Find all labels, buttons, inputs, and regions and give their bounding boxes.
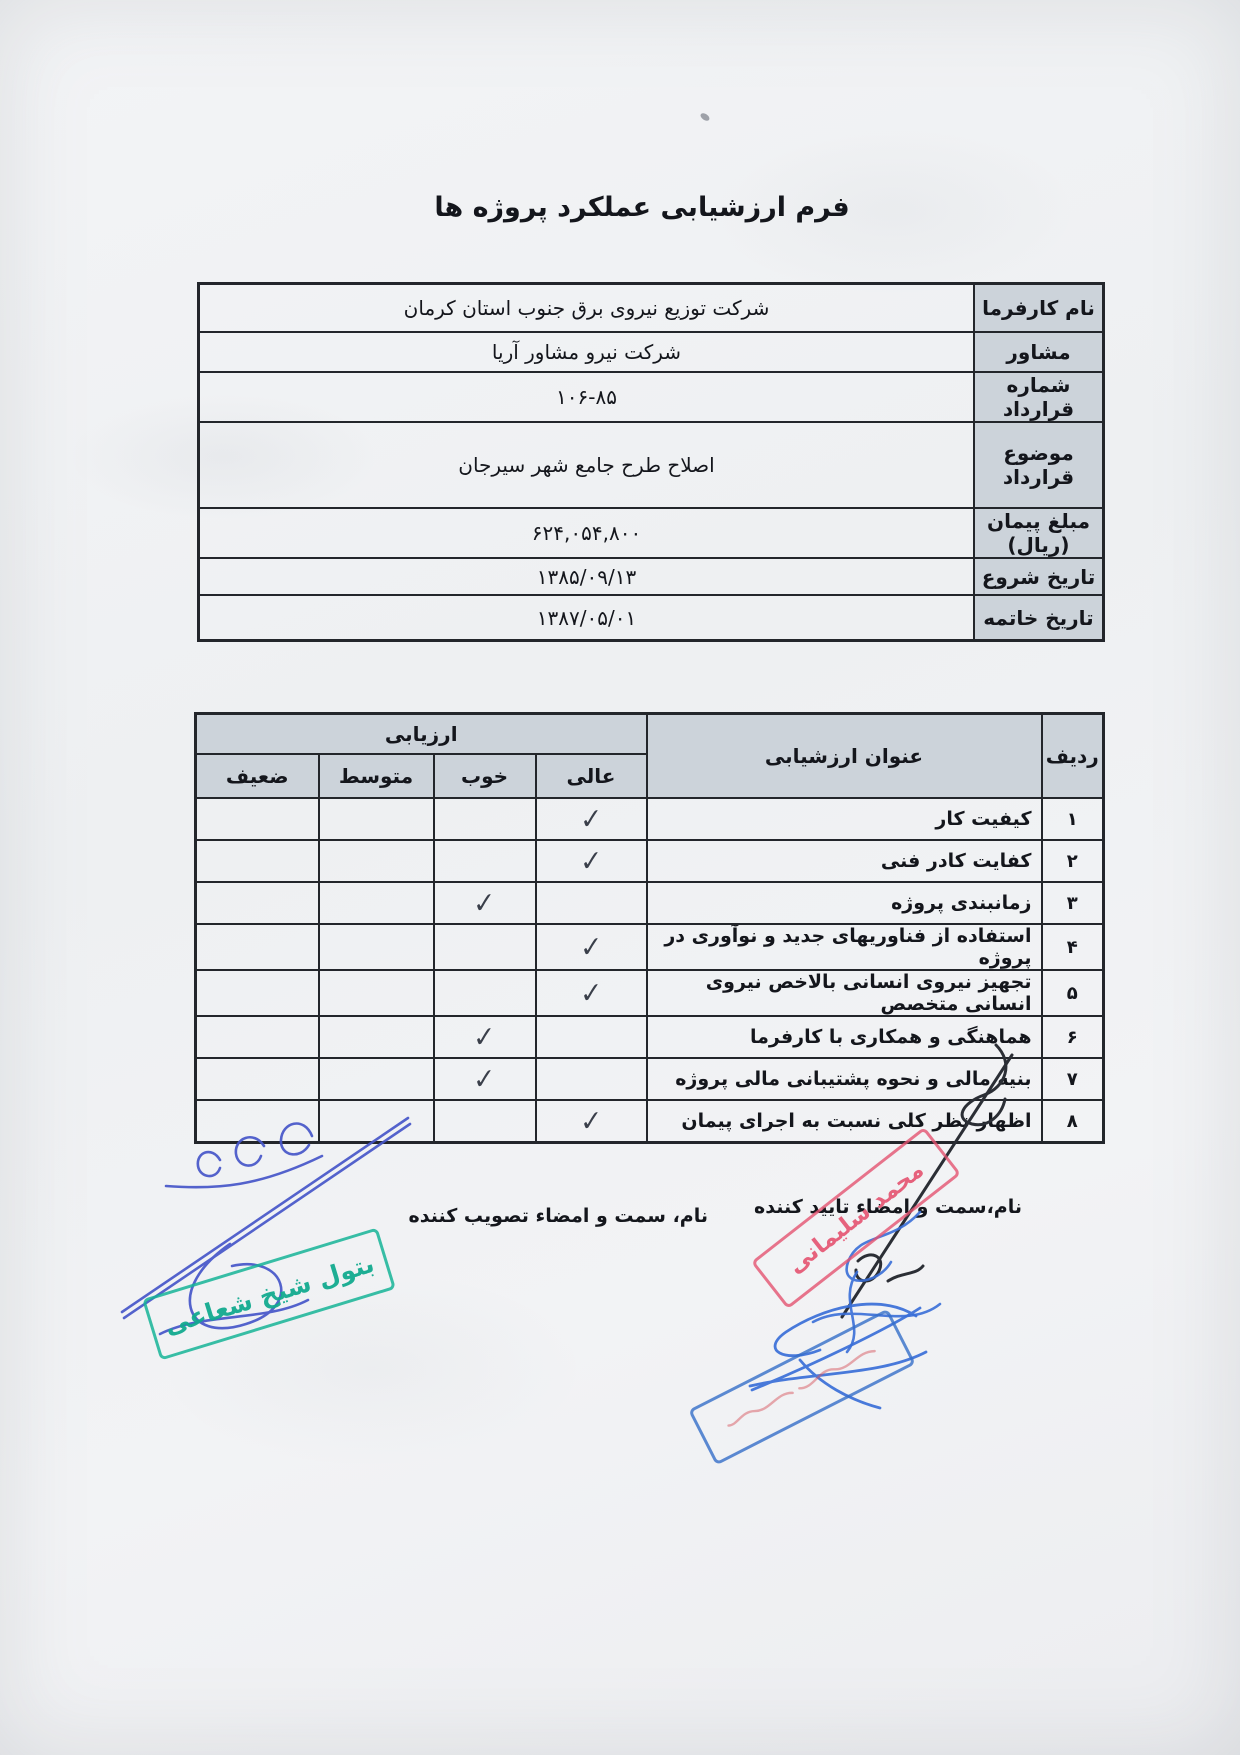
grade-cell-average bbox=[319, 970, 434, 1016]
eval-row: ۱ کیفیت کار ✓ bbox=[195, 798, 1103, 840]
grade-cell-weak bbox=[195, 882, 318, 924]
grade-cell-average bbox=[319, 924, 434, 970]
row-number: ۵ bbox=[1042, 970, 1104, 1016]
info-label-contract-subject: موضوع قرارداد bbox=[974, 422, 1104, 508]
grade-cell-excellent: ✓ bbox=[536, 840, 647, 882]
eval-title: تجهیز نیروی انسانی بالاخص نیروی انسانی م… bbox=[647, 970, 1042, 1016]
grade-cell-excellent bbox=[536, 882, 647, 924]
table-row: موضوع قرارداد اصلاح طرح جامع شهر سیرجان bbox=[199, 422, 1104, 508]
checkmark-icon: ✓ bbox=[579, 978, 602, 1008]
scan-smudge bbox=[699, 112, 711, 123]
table-row: نام کارفرما شرکت توزیع نیروی برق جنوب اس… bbox=[199, 284, 1104, 333]
info-value-end-date: ۱۳۸۷/۰۵/۰۱ bbox=[199, 595, 975, 641]
info-label-end-date: تاریخ خاتمه bbox=[974, 595, 1104, 641]
row-number: ۳ bbox=[1042, 882, 1104, 924]
table-row: تاریخ خاتمه ۱۳۸۷/۰۵/۰۱ bbox=[199, 595, 1104, 641]
scanned-form-page: فرم ارزشیابی عملکرد پروژه ها نام کارفرما… bbox=[0, 0, 1240, 1755]
checkmark-icon: ✓ bbox=[473, 888, 496, 918]
row-number: ۶ bbox=[1042, 1016, 1104, 1058]
page-title: فرم ارزشیابی عملکرد پروژه ها bbox=[22, 192, 1240, 223]
grade-cell-weak bbox=[195, 840, 318, 882]
info-label-consultant: مشاور bbox=[974, 332, 1104, 372]
grade-cell-weak bbox=[195, 970, 318, 1016]
grade-cell-average bbox=[319, 798, 434, 840]
grade-cell-good: ✓ bbox=[434, 882, 536, 924]
grade-cell-good bbox=[434, 924, 536, 970]
checkmark-icon: ✓ bbox=[473, 1064, 496, 1094]
info-value-contract-amount: ۶۲۴,۰۵۴,۸۰۰ bbox=[199, 508, 975, 558]
checkmark-icon: ✓ bbox=[579, 1106, 602, 1136]
table-row: شماره قرارداد ۱۰۶-۸۵ bbox=[199, 372, 1104, 422]
header-grade-excellent: عالی bbox=[536, 754, 647, 798]
grade-cell-good: ✓ bbox=[434, 1058, 536, 1100]
header-grade-good: خوب bbox=[434, 754, 536, 798]
grade-cell-good: ✓ bbox=[434, 1016, 536, 1058]
row-number: ۸ bbox=[1042, 1100, 1104, 1143]
table-row: مبلغ پیمان (ریال) ۶۲۴,۰۵۴,۸۰۰ bbox=[199, 508, 1104, 558]
table-header-row: ردیف عنوان ارزشیابی ارزیابی bbox=[195, 714, 1103, 755]
grade-cell-excellent: ✓ bbox=[536, 1100, 647, 1143]
eval-row: ۴ استفاده از فناوریهای جدید و نوآوری در … bbox=[195, 924, 1103, 970]
checkmark-icon: ✓ bbox=[473, 1022, 496, 1052]
grade-cell-average bbox=[319, 1016, 434, 1058]
eval-row: ۲ کفایت کادر فنی ✓ bbox=[195, 840, 1103, 882]
info-value-start-date: ۱۳۸۵/۰۹/۱۳ bbox=[199, 558, 975, 595]
eval-row: ۵ تجهیز نیروی انسانی بالاخص نیروی انسانی… bbox=[195, 970, 1103, 1016]
grade-cell-weak bbox=[195, 798, 318, 840]
grade-cell-excellent bbox=[536, 1016, 647, 1058]
grade-cell-excellent: ✓ bbox=[536, 798, 647, 840]
header-assessment-group: ارزیابی bbox=[195, 714, 646, 755]
grade-cell-good bbox=[434, 970, 536, 1016]
eval-title: استفاده از فناوریهای جدید و نوآوری در پر… bbox=[647, 924, 1042, 970]
info-label-start-date: تاریخ شروع bbox=[974, 558, 1104, 595]
approver-caption: نام، سمت و امضاء تصویب کننده bbox=[409, 1205, 708, 1227]
row-number: ۴ bbox=[1042, 924, 1104, 970]
checkmark-icon: ✓ bbox=[579, 804, 602, 834]
checkmark-icon: ✓ bbox=[579, 932, 602, 962]
header-row-number: ردیف bbox=[1042, 714, 1104, 799]
grade-cell-excellent: ✓ bbox=[536, 924, 647, 970]
grade-cell-weak bbox=[195, 924, 318, 970]
header-grade-weak: ضعیف bbox=[195, 754, 318, 798]
grade-cell-excellent: ✓ bbox=[536, 970, 647, 1016]
eval-row: ۳ زمانبندی پروژه ✓ bbox=[195, 882, 1103, 924]
eval-title: زمانبندی پروژه bbox=[647, 882, 1042, 924]
checkmark-icon: ✓ bbox=[579, 846, 602, 876]
grade-cell-good bbox=[434, 840, 536, 882]
grade-cell-average bbox=[319, 840, 434, 882]
contract-info-table: نام کارفرما شرکت توزیع نیروی برق جنوب اس… bbox=[197, 282, 1105, 642]
header-grade-average: متوسط bbox=[319, 754, 434, 798]
table-row: مشاور شرکت نیرو مشاور آریا bbox=[199, 332, 1104, 372]
eval-title: کفایت کادر فنی bbox=[647, 840, 1042, 882]
row-number: ۱ bbox=[1042, 798, 1104, 840]
row-number: ۲ bbox=[1042, 840, 1104, 882]
info-label-client: نام کارفرما bbox=[974, 284, 1104, 333]
grade-cell-excellent bbox=[536, 1058, 647, 1100]
grade-cell-good bbox=[434, 798, 536, 840]
info-label-contract-amount: مبلغ پیمان (ریال) bbox=[974, 508, 1104, 558]
grade-cell-average bbox=[319, 882, 434, 924]
info-value-contract-number: ۱۰۶-۸۵ bbox=[199, 372, 975, 422]
info-value-consultant: شرکت نیرو مشاور آریا bbox=[199, 332, 975, 372]
grade-cell-good bbox=[434, 1100, 536, 1143]
info-value-client: شرکت توزیع نیروی برق جنوب استان کرمان bbox=[199, 284, 975, 333]
table-row: تاریخ شروع ۱۳۸۵/۰۹/۱۳ bbox=[199, 558, 1104, 595]
row-number: ۷ bbox=[1042, 1058, 1104, 1100]
info-label-contract-number: شماره قرارداد bbox=[974, 372, 1104, 422]
grade-cell-weak bbox=[195, 1016, 318, 1058]
info-value-contract-subject: اصلاح طرح جامع شهر سیرجان bbox=[199, 422, 975, 508]
header-evaluation-title: عنوان ارزشیابی bbox=[647, 714, 1042, 799]
eval-title: کیفیت کار bbox=[647, 798, 1042, 840]
